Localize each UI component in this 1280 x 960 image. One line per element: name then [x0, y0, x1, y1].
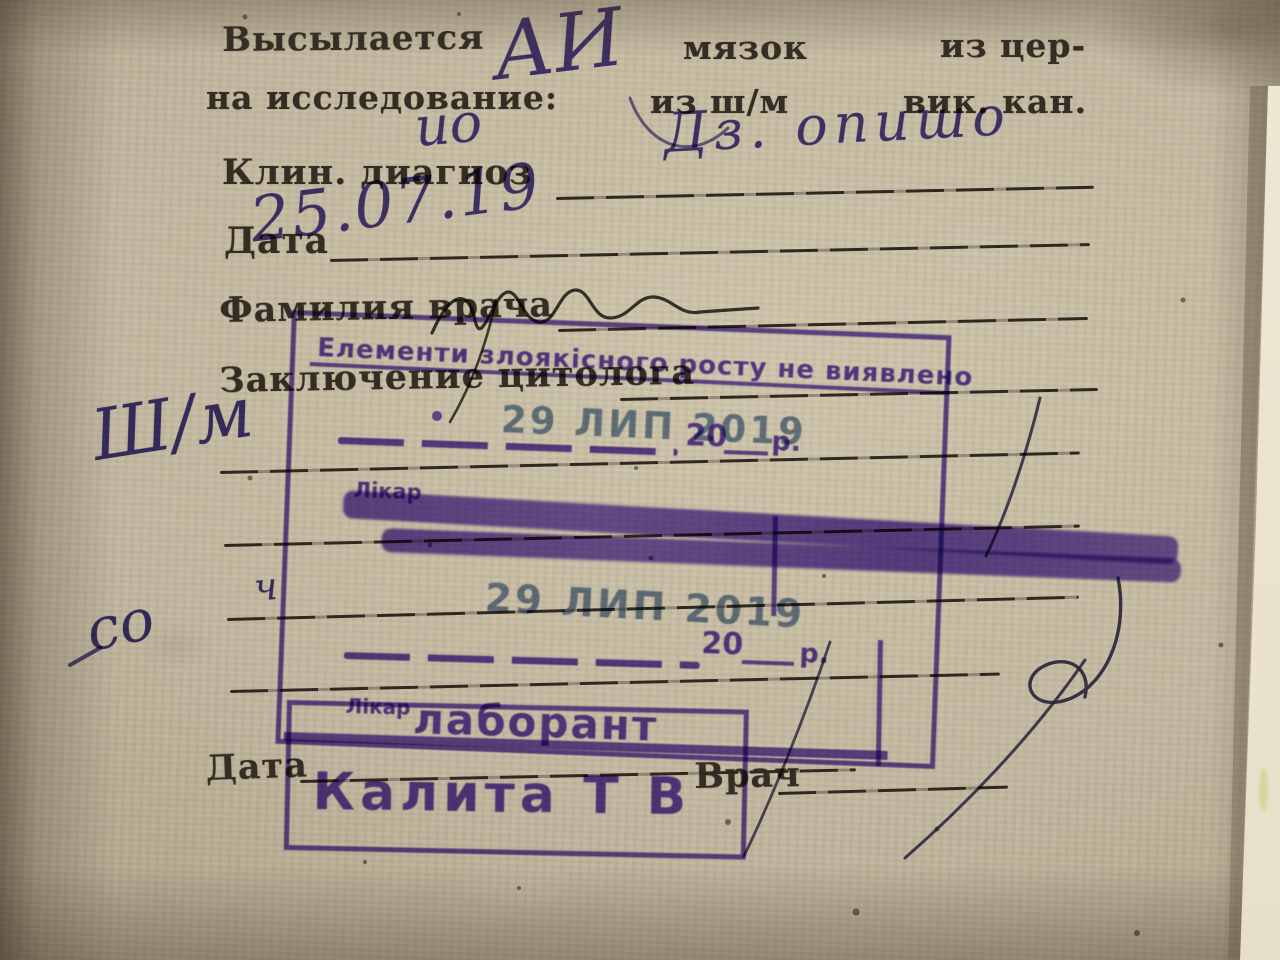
bottom-signature-loop — [1030, 578, 1121, 702]
pen-stroke — [630, 98, 728, 147]
pen-tick — [70, 648, 100, 665]
bottom-signature-tail-2 — [744, 642, 830, 856]
bottom-signature-upper — [986, 398, 1040, 556]
photo-of-form: Высылается мязок из цер- на исследование… — [0, 0, 1280, 960]
card-edge-fiber — [1259, 768, 1268, 812]
ink-dot — [432, 411, 442, 421]
bottom-signature-tail — [905, 660, 1085, 858]
paper-specks — [243, 12, 1224, 936]
ink-strokes-overlay — [0, 0, 1280, 960]
doctor-signature — [432, 290, 758, 333]
